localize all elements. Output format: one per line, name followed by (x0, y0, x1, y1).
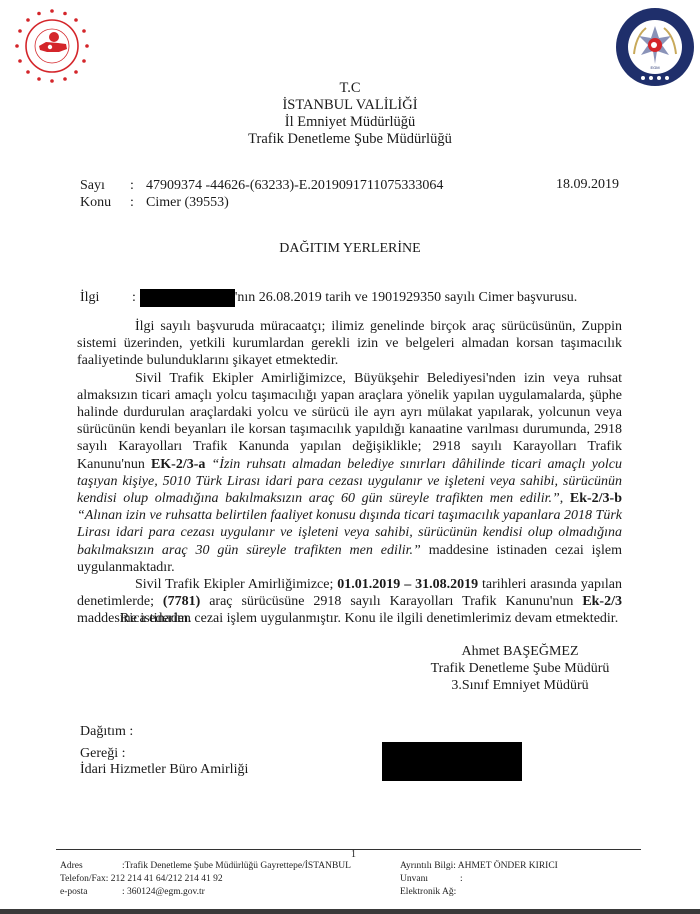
adres-value: :Trafik Denetleme Şube Müdürlüğü Gayrett… (122, 860, 351, 873)
p2-ek-a: EK-2/3-a (151, 457, 205, 472)
footer-contact: Adres:Trafik Denetleme Şube Müdürlüğü Ga… (60, 860, 351, 899)
ilgi-label: İlgi (80, 290, 132, 306)
distribution-title: DAĞITIM YERLERİNE (0, 241, 700, 257)
elektronik-value: : (454, 886, 457, 899)
tel-label: Telefon/Fax (60, 873, 106, 886)
konu-value: Cimer (39553) (146, 194, 229, 211)
signer-title-1: Trafik Denetleme Şube Müdürü (400, 660, 640, 677)
tel-value: : 212 214 41 64/212 214 41 92 (106, 873, 223, 886)
document-meta: Sayı : 47909374 -44626-(63233)-E.2019091… (80, 177, 443, 211)
document-date: 18.09.2019 (556, 177, 619, 193)
redacted-block (382, 742, 522, 781)
footer-info: Ayrıntılı Bilgi: AHMET ÖNDER KIRICI Unva… (400, 860, 558, 899)
header-valilik: İSTANBUL VALİLİĞİ (0, 97, 700, 114)
sayi-sep: : (130, 177, 146, 194)
p3-text: Sivil Trafik Ekipler Amirliğimizce; (135, 577, 337, 592)
elektronik-label: Elektronik Ağ (400, 886, 454, 899)
body-paragraph-1: İlgi sayılı başvuruda müracaatçı; ilimiz… (77, 318, 622, 370)
signer-title-2: 3.Sınıf Emniyet Müdürü (400, 677, 640, 694)
geregi-label: Gereği : (80, 746, 248, 763)
police-badge-icon: EGM (614, 6, 696, 88)
header-sube: Trafik Denetleme Şube Müdürlüğü (0, 131, 700, 148)
p2-sep: , (560, 491, 570, 506)
sayi-value: 47909374 -44626-(63233)-E.20190917110753… (146, 177, 443, 194)
konu-row: Konu : Cimer (39553) (80, 194, 443, 211)
dagitim-label: Dağıtım : (80, 724, 248, 741)
adres-label: Adres (60, 860, 122, 873)
sayi-row: Sayı : 47909374 -44626-(63233)-E.2019091… (80, 177, 443, 194)
ministry-seal-icon (12, 6, 92, 86)
signer-name: Ahmet BAŞEĞMEZ (400, 643, 640, 660)
police-badge-logo: EGM (614, 6, 696, 88)
p3-count: (7781) (163, 594, 200, 609)
page-number: 1 (351, 849, 356, 860)
ministry-seal-logo (12, 6, 92, 86)
eposta-label: e-posta (60, 886, 122, 899)
unvan-label: Unvanı (400, 873, 460, 886)
p3-ek: Ek-2/3 (582, 594, 622, 609)
p3-date-range: 01.01.2019 – 31.08.2019 (337, 577, 478, 592)
signature-block: Ahmet BAŞEĞMEZ Trafik Denetleme Şube Müd… (400, 643, 640, 694)
header-emniyet: İl Emniyet Müdürlüğü (0, 114, 700, 131)
document-body: İlgi sayılı başvuruda müracaatçı; ilimiz… (77, 318, 622, 628)
p2-ek-b: Ek-2/3-b (570, 491, 622, 506)
distribution-recipient: İdari Hizmetler Büro Amirliği (80, 762, 248, 779)
sayi-label: Sayı (80, 177, 130, 194)
svg-text:EGM: EGM (650, 65, 659, 70)
footer-divider (56, 849, 641, 850)
ayrintili-value: : AHMET ÖNDER KIRICI (453, 860, 558, 873)
p3-text-3: araç sürücüsüne 2918 sayılı Karayolları … (200, 594, 582, 609)
body-paragraph-2: Sivil Trafik Ekipler Amirliğimizce, Büyü… (77, 370, 622, 576)
header-tc: T.C (0, 80, 700, 97)
unvan-value: : (460, 873, 463, 886)
ilgi-row: İlgi : 'nın 26.08.2019 tarih ve 19019293… (80, 289, 577, 307)
bottom-edge (0, 909, 700, 914)
ilgi-text: 'nın 26.08.2019 tarih ve 1901929350 sayı… (235, 290, 577, 306)
ayrintili-label: Ayrıntılı Bilgi (400, 860, 453, 873)
document-header: T.C İSTANBUL VALİLİĞİ İl Emniyet Müdürlü… (0, 80, 700, 148)
redacted-name (140, 289, 235, 307)
konu-label: Konu (80, 194, 130, 211)
konu-sep: : (130, 194, 146, 211)
distribution-list: Dağıtım : Gereği : İdari Hizmetler Büro … (80, 724, 248, 779)
eposta-value: : 360124@egm.gov.tr (122, 886, 205, 899)
closing: Rica ederim. (120, 611, 192, 627)
ilgi-sep: : (132, 290, 136, 306)
